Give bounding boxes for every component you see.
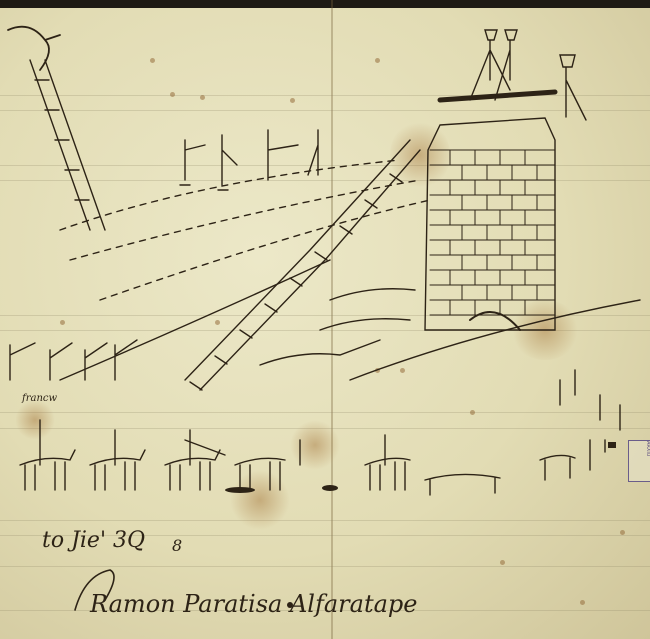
winged-figure	[8, 27, 60, 70]
signature: Ramon Paratisa Alfaratape	[90, 590, 417, 618]
right-soldiers	[560, 370, 620, 470]
manuscript-sheet: francw to Jie' 3Q 8 Ramon Paratisa Alfar…	[0, 0, 650, 639]
prone-attackers	[260, 289, 415, 365]
tower-defenders	[470, 30, 586, 120]
inscription-mark: 8	[172, 536, 182, 555]
inscription-line: to Jie' 3Q	[42, 528, 145, 553]
left-ladder	[30, 60, 105, 230]
brick-tower	[425, 92, 555, 330]
label-francia: francw	[22, 393, 57, 404]
archive-stamp: ARXIU	[628, 440, 650, 482]
ink-blots	[225, 442, 616, 608]
siege-ladder	[185, 140, 420, 390]
cavalry-riders	[20, 420, 575, 495]
